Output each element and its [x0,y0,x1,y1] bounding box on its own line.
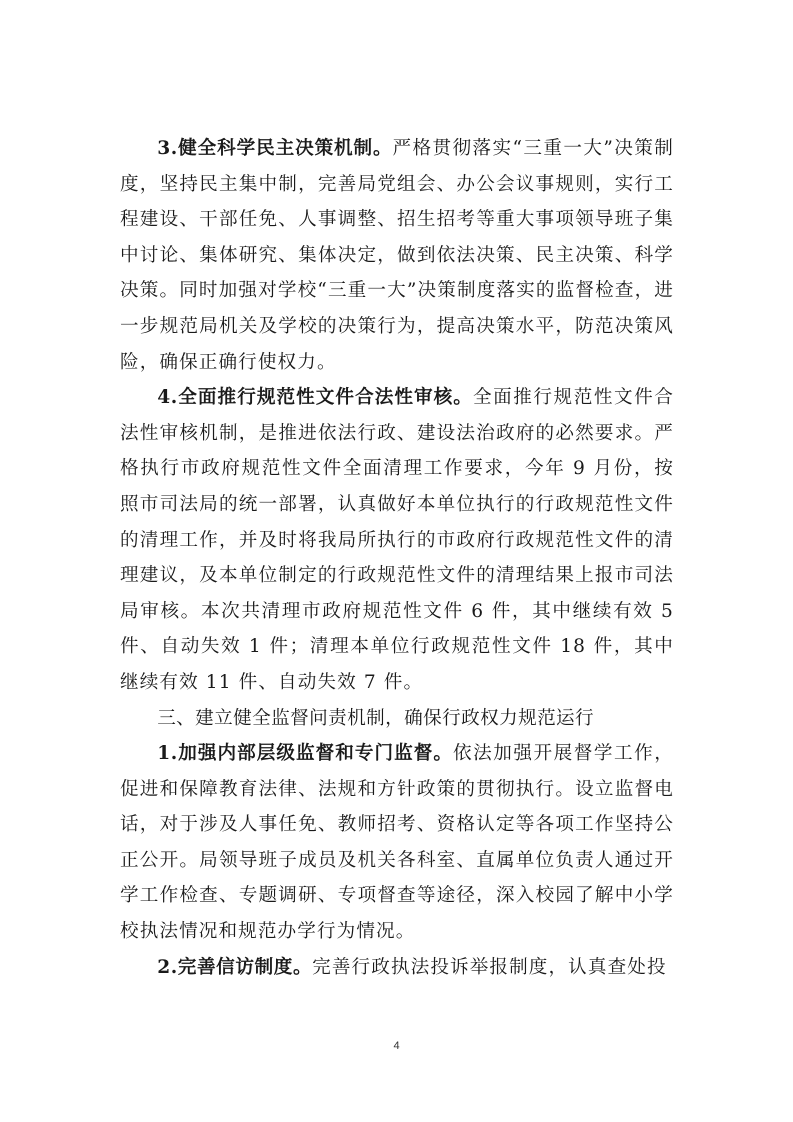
page-number: 4 [0,1040,793,1052]
paragraph-lead: 4.全面推行规范性文件合法性审核。 [157,387,473,408]
paragraph-body: 全面推行规范性文件合法性审核机制，是推进依法行政、建设法治政府的必然要求。严格执… [120,387,674,693]
paragraph-decision-mechanism: 3.健全科学民主决策机制。严格贯彻落实“三重一大”决策制度，坚持民主集中制，完善… [120,131,674,380]
paragraph-petition-system: 2.完善信访制度。完善行政执法投诉举报制度，认真查处投 [120,950,674,986]
paragraph-internal-supervision: 1.加强内部层级监督和专门监督。依法加强开展督学工作，促进和保障教育法律、法规和… [120,736,674,950]
section-heading: 三、建立健全监督问责机制，确保行政权力规范运行 [120,701,674,737]
paragraph-normative-docs-review: 4.全面推行规范性文件合法性审核。全面推行规范性文件合法性审核机制，是推进依法行… [120,380,674,700]
paragraph-body: 依法加强开展督学工作，促进和保障教育法律、法规和方针政策的贯彻执行。设立监督电话… [120,743,674,942]
paragraph-lead: 1.加强内部层级监督和专门监督。 [157,743,453,764]
document-page: 3.健全科学民主决策机制。严格贯彻落实“三重一大”决策制度，坚持民主集中制，完善… [120,131,674,985]
paragraph-body: 严格贯彻落实“三重一大”决策制度，坚持民主集中制，完善局党组会、办公会议事规则，… [120,138,674,373]
paragraph-body: 完善行政执法投诉举报制度，认真查处投 [312,957,667,978]
paragraph-lead: 3.健全科学民主决策机制。 [157,138,392,159]
paragraph-lead: 2.完善信访制度。 [157,957,312,978]
